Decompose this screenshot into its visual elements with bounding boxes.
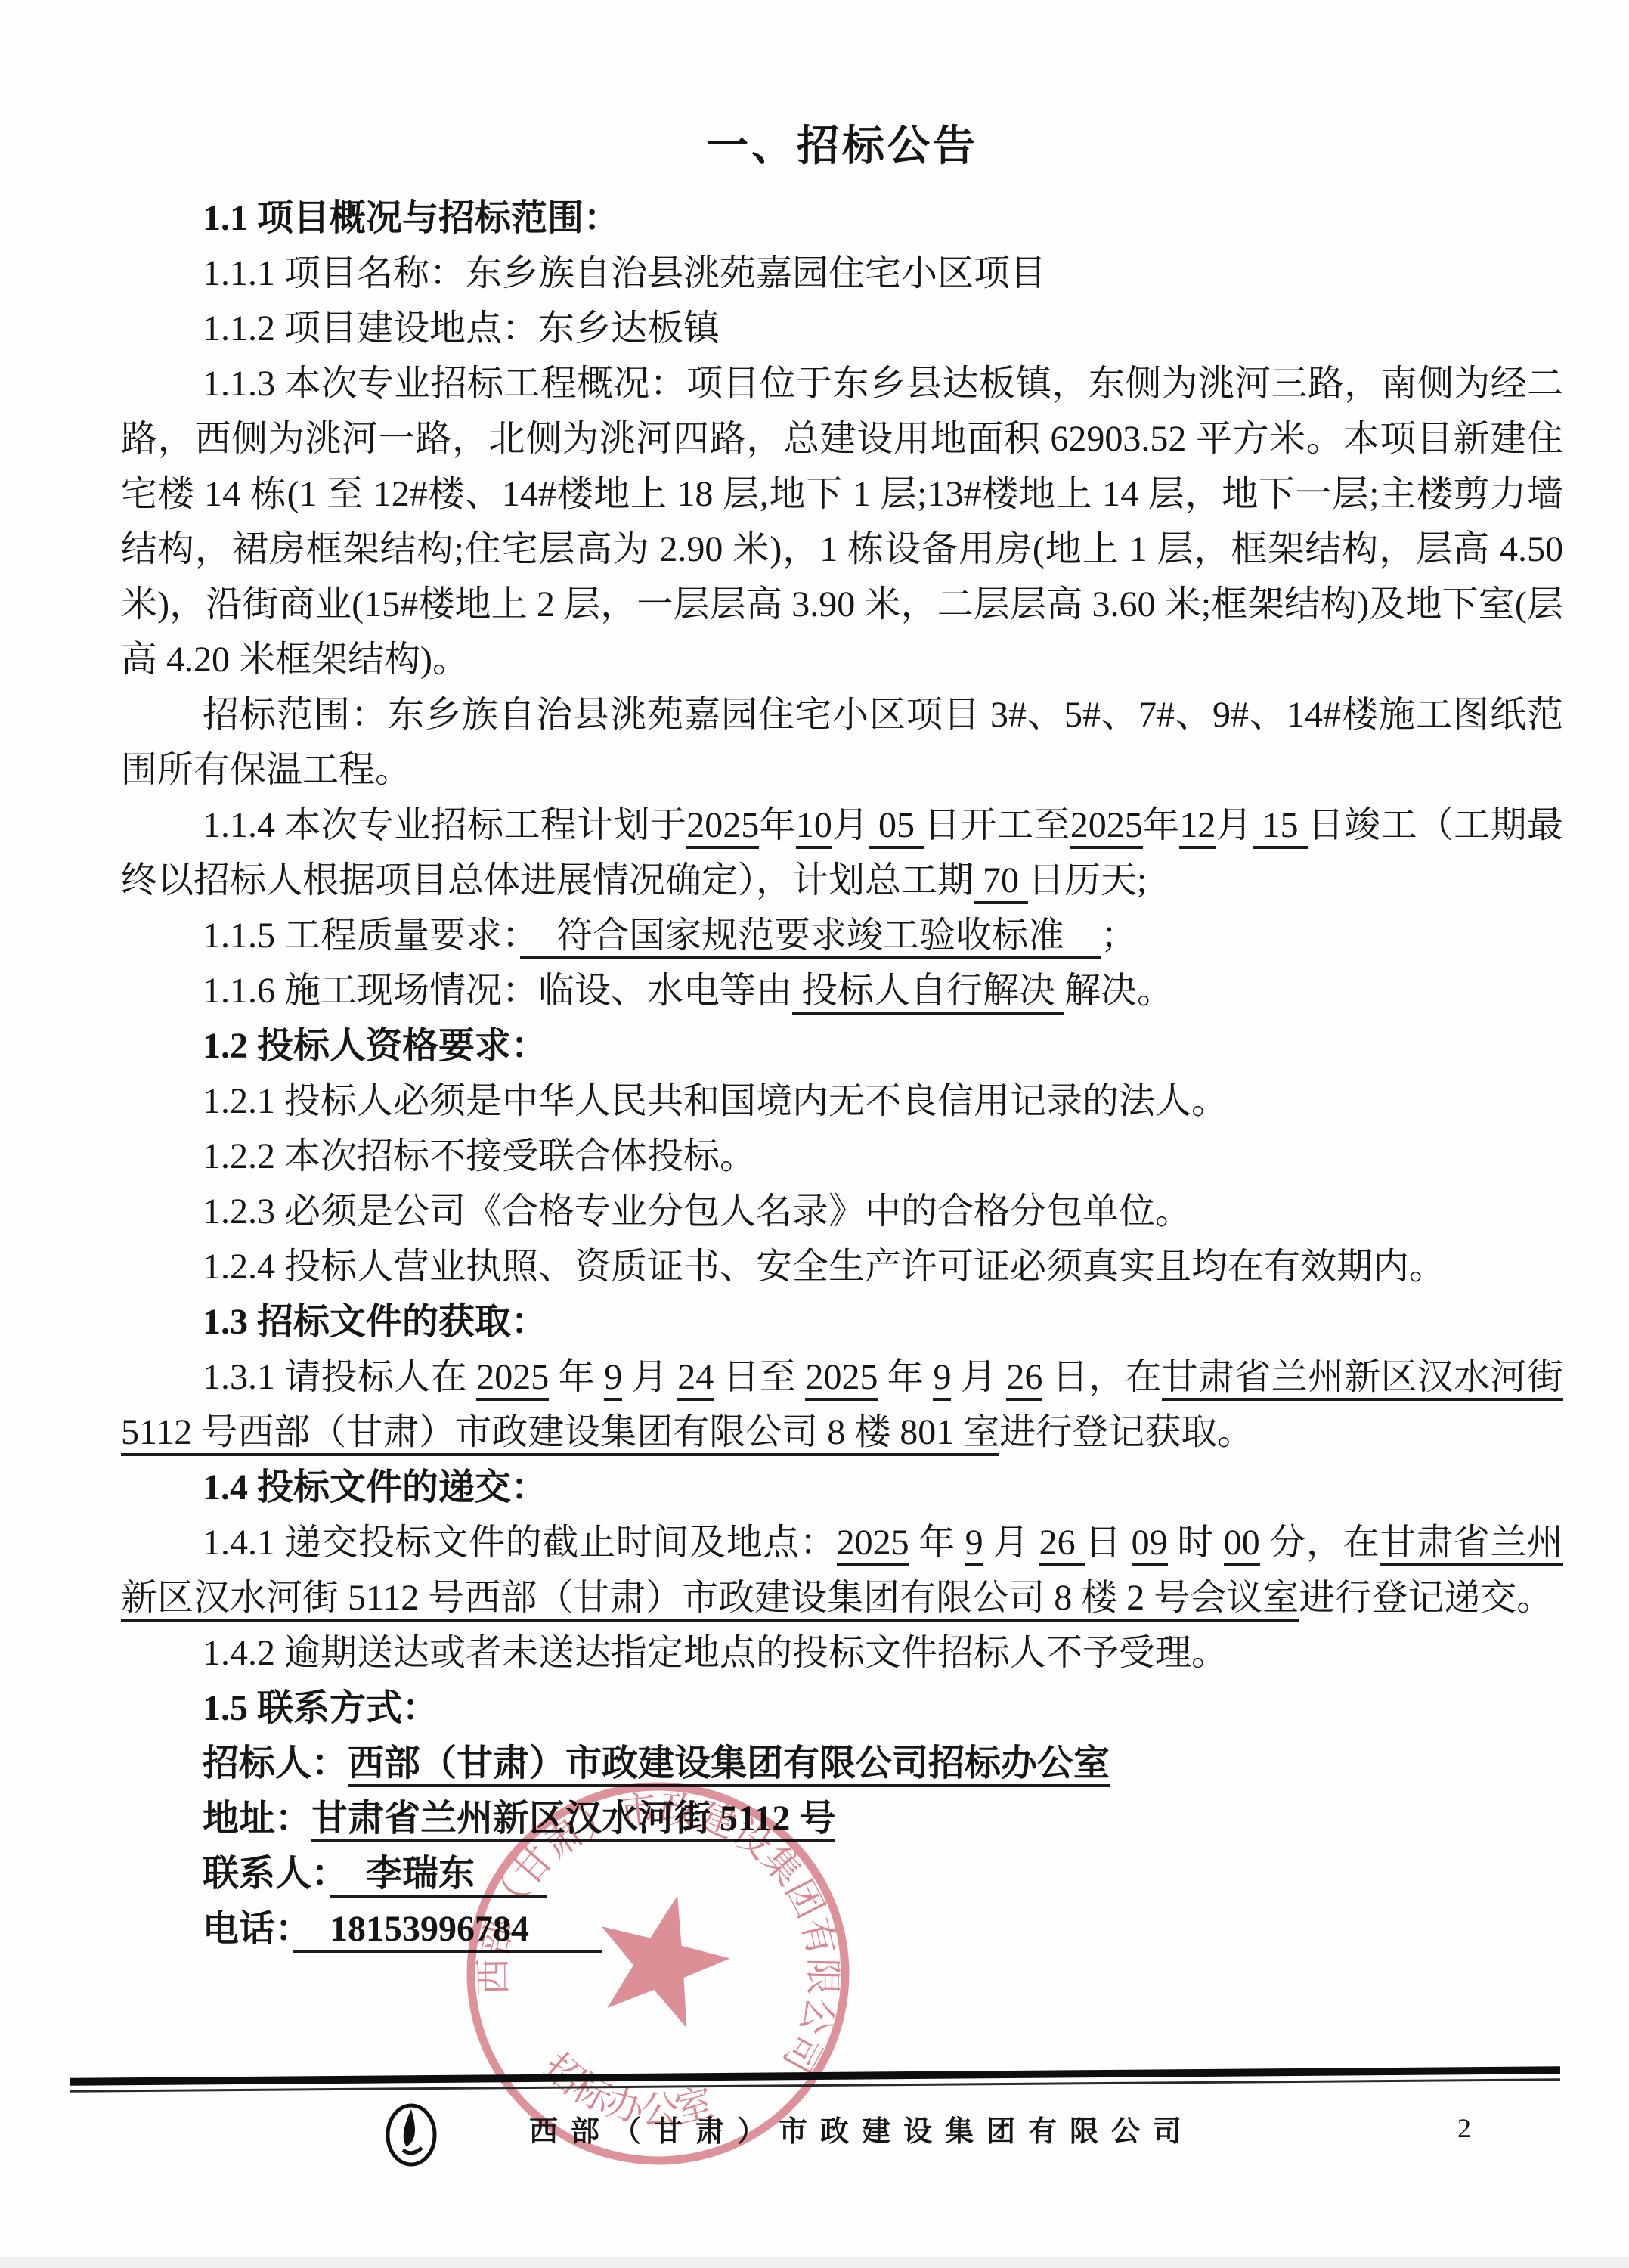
clause-1-2-3: 1.2.3 必须是公司《合格专业分包人名录》中的合格分包单位。 xyxy=(121,1184,1563,1239)
text-segment: 月 xyxy=(983,1523,1039,1563)
text-segment: 日开工至 xyxy=(924,805,1070,845)
underlined-text: 投标人自行解决 xyxy=(792,971,1064,1015)
company-logo-icon xyxy=(382,2100,441,2170)
text-segment: 日 xyxy=(1085,1523,1131,1563)
text-segment: 1.1.3 本次专业招标工程概况：项目位于东乡县达板镇，东侧为洮河三路，南侧为经… xyxy=(121,364,1563,680)
text-segment: 电话： xyxy=(203,1909,293,1949)
text-segment: 1.1.1 项目名称：东乡族自治县洮苑嘉园住宅小区项目 xyxy=(203,253,1046,293)
underlined-text: 12 xyxy=(1179,805,1216,849)
underlined-text: 26 xyxy=(1039,1523,1085,1566)
heading-1-3: 1.3 招标文件的获取： xyxy=(121,1294,1563,1349)
text-segment: 年 xyxy=(909,1523,965,1563)
scan-edge-shadow xyxy=(0,2257,1629,2268)
underlined-text: 00 xyxy=(1224,1523,1260,1566)
heading-1-5: 1.5 联系方式： xyxy=(121,1681,1563,1736)
underlined-text: 05 xyxy=(869,805,924,849)
text-segment: 进行登记递交。 xyxy=(1299,1578,1553,1618)
underlined-text: 9 xyxy=(933,1357,951,1401)
heading-1-1: 1.1 项目概况与招标范围： xyxy=(121,191,1563,246)
text-segment: 进行登记获取。 xyxy=(999,1412,1253,1452)
text-segment: 1.1.4 本次专业招标工程计划于 xyxy=(203,805,686,845)
text-segment: 1.5 联系方式： xyxy=(203,1688,438,1728)
clause-scope: 招标范围：东乡族自治县洮苑嘉园住宅小区项目 3#、5#、7#、9#、14#楼施工… xyxy=(121,687,1563,798)
text-segment: 日至 xyxy=(714,1357,805,1397)
underlined-text: 2025 xyxy=(805,1357,878,1401)
clause-1-3-1: 1.3.1 请投标人在 2025 年 9 月 24 日至 2025 年 9 月 … xyxy=(121,1349,1563,1460)
underlined-text: 9 xyxy=(965,1523,983,1566)
clause-1-2-4: 1.2.4 投标人营业执照、资质证书、安全生产许可证必须真实且均在有效期内。 xyxy=(121,1239,1563,1294)
text-segment: 地址： xyxy=(203,1799,311,1839)
text-segment: 1.1.6 施工现场情况：临设、水电等由 xyxy=(203,971,792,1011)
clause-1-1-5: 1.1.5 工程质量要求： 符合国家规范要求竣工验收标准 ； xyxy=(121,908,1563,963)
text-segment: 1.3 招标文件的获取： xyxy=(203,1302,547,1342)
text-segment: 1.4.1 递交投标文件的截止时间及地点： xyxy=(203,1523,837,1563)
text-segment: 1.1.2 项目建设地点：东乡达板镇 xyxy=(203,308,720,349)
underlined-text: 70 xyxy=(974,860,1028,904)
text-segment: 月 xyxy=(1216,805,1253,845)
text-segment: 招标范围：东乡族自治县洮苑嘉园住宅小区项目 3#、5#、7#、9#、14#楼施工… xyxy=(121,695,1563,790)
clause-1-1-2: 1.1.2 项目建设地点：东乡达板镇 xyxy=(121,301,1563,356)
footer-company-name: 西部（甘肃）市政建设集团有限公司 xyxy=(529,2108,1194,2149)
document-title: 一、招标公告 xyxy=(121,112,1563,181)
clause-1-4-2: 1.4.2 逾期送达或者未送达指定地点的投标文件招标人不予受理。 xyxy=(121,1625,1563,1681)
text-segment: 日历天; xyxy=(1028,860,1147,900)
underlined-text: 2025 xyxy=(837,1523,909,1566)
document-body: 一、招标公告 1.1 项目概况与招标范围：1.1.1 项目名称：东乡族自治县洮苑… xyxy=(121,112,1563,1957)
text-segment: 解决。 xyxy=(1064,971,1173,1011)
text-segment: 1.2.3 必须是公司《合格专业分包人名录》中的合格分包单位。 xyxy=(203,1191,1191,1232)
clause-1-1-1: 1.1.1 项目名称：东乡族自治县洮苑嘉园住宅小区项目 xyxy=(121,246,1563,301)
text-segment: 年 xyxy=(549,1357,604,1397)
text-segment: 联系人： xyxy=(203,1854,330,1894)
clause-1-1-4: 1.1.4 本次专业招标工程计划于2025年10月 05 日开工至2025年12… xyxy=(121,798,1563,908)
text-segment: 1.4.2 逾期送达或者未送达指定地点的投标文件招标人不予受理。 xyxy=(203,1633,1228,1673)
underlined-text: 24 xyxy=(677,1357,714,1401)
underlined-text: 26 xyxy=(1006,1357,1042,1401)
text-segment: 年 xyxy=(1143,805,1180,845)
underlined-text: 2025 xyxy=(476,1357,549,1401)
clause-1-2-2: 1.2.2 本次招标不接受联合体投标。 xyxy=(121,1129,1563,1184)
clause-1-1-3: 1.1.3 本次专业招标工程概况：项目位于东乡县达板镇，东侧为洮河三路，南侧为经… xyxy=(121,356,1563,687)
text-segment: 1.3.1 请投标人在 xyxy=(203,1357,476,1397)
text-segment: 1.1 项目概况与招标范围： xyxy=(203,198,620,238)
underlined-text: 2025 xyxy=(1070,805,1143,849)
text-segment: 1.2.1 投标人必须是中华人民共和国境内无不良信用记录的法人。 xyxy=(203,1081,1228,1121)
text-segment: 招标人： xyxy=(203,1743,348,1783)
scanned-document-page: 一、招标公告 1.1 项目概况与招标范围：1.1.1 项目名称：东乡族自治县洮苑… xyxy=(0,0,1629,2268)
underlined-text: 符合国家规范要求竣工验收标准 xyxy=(520,916,1101,959)
underlined-text: 10 xyxy=(796,805,832,849)
underlined-text: 09 xyxy=(1132,1523,1168,1566)
text-segment: 分，在 xyxy=(1260,1523,1380,1563)
underlined-text: 2025 xyxy=(686,805,759,849)
clause-1-2-1: 1.2.1 投标人必须是中华人民共和国境内无不良信用记录的法人。 xyxy=(121,1074,1563,1129)
text-segment: 1.1.5 工程质量要求： xyxy=(203,916,520,956)
text-segment: 1.2.4 投标人营业执照、资质证书、安全生产许可证必须真实且均在有效期内。 xyxy=(203,1247,1445,1287)
text-segment: 1.2 投标人资格要求： xyxy=(203,1026,547,1066)
underlined-text: 9 xyxy=(604,1357,622,1401)
text-segment: 1.4 投标文件的递交： xyxy=(203,1467,547,1507)
heading-1-2: 1.2 投标人资格要求： xyxy=(121,1018,1563,1074)
seal-star-icon xyxy=(583,1879,742,2034)
clause-1-1-6: 1.1.6 施工现场情况：临设、水电等由 投标人自行解决 解决。 xyxy=(121,963,1563,1018)
underlined-text: 15 xyxy=(1253,805,1308,849)
page-number: 2 xyxy=(1457,2112,1471,2144)
clause-1-4-1: 1.4.1 递交投标文件的截止时间及地点：2025 年 9 月 26 日 09 … xyxy=(121,1515,1563,1625)
text-segment: 年 xyxy=(878,1357,933,1397)
text-segment: 时 xyxy=(1168,1523,1224,1563)
text-segment: 月 xyxy=(951,1357,1006,1397)
text-segment: 年 xyxy=(759,805,796,845)
heading-1-4: 1.4 投标文件的递交： xyxy=(121,1460,1563,1515)
text-segment: 月 xyxy=(832,805,869,845)
text-segment: 月 xyxy=(622,1357,677,1397)
text-segment: 日，在 xyxy=(1042,1357,1161,1397)
text-segment: ； xyxy=(1101,916,1137,956)
text-segment: 1.2.2 本次招标不接受联合体投标。 xyxy=(203,1136,756,1176)
